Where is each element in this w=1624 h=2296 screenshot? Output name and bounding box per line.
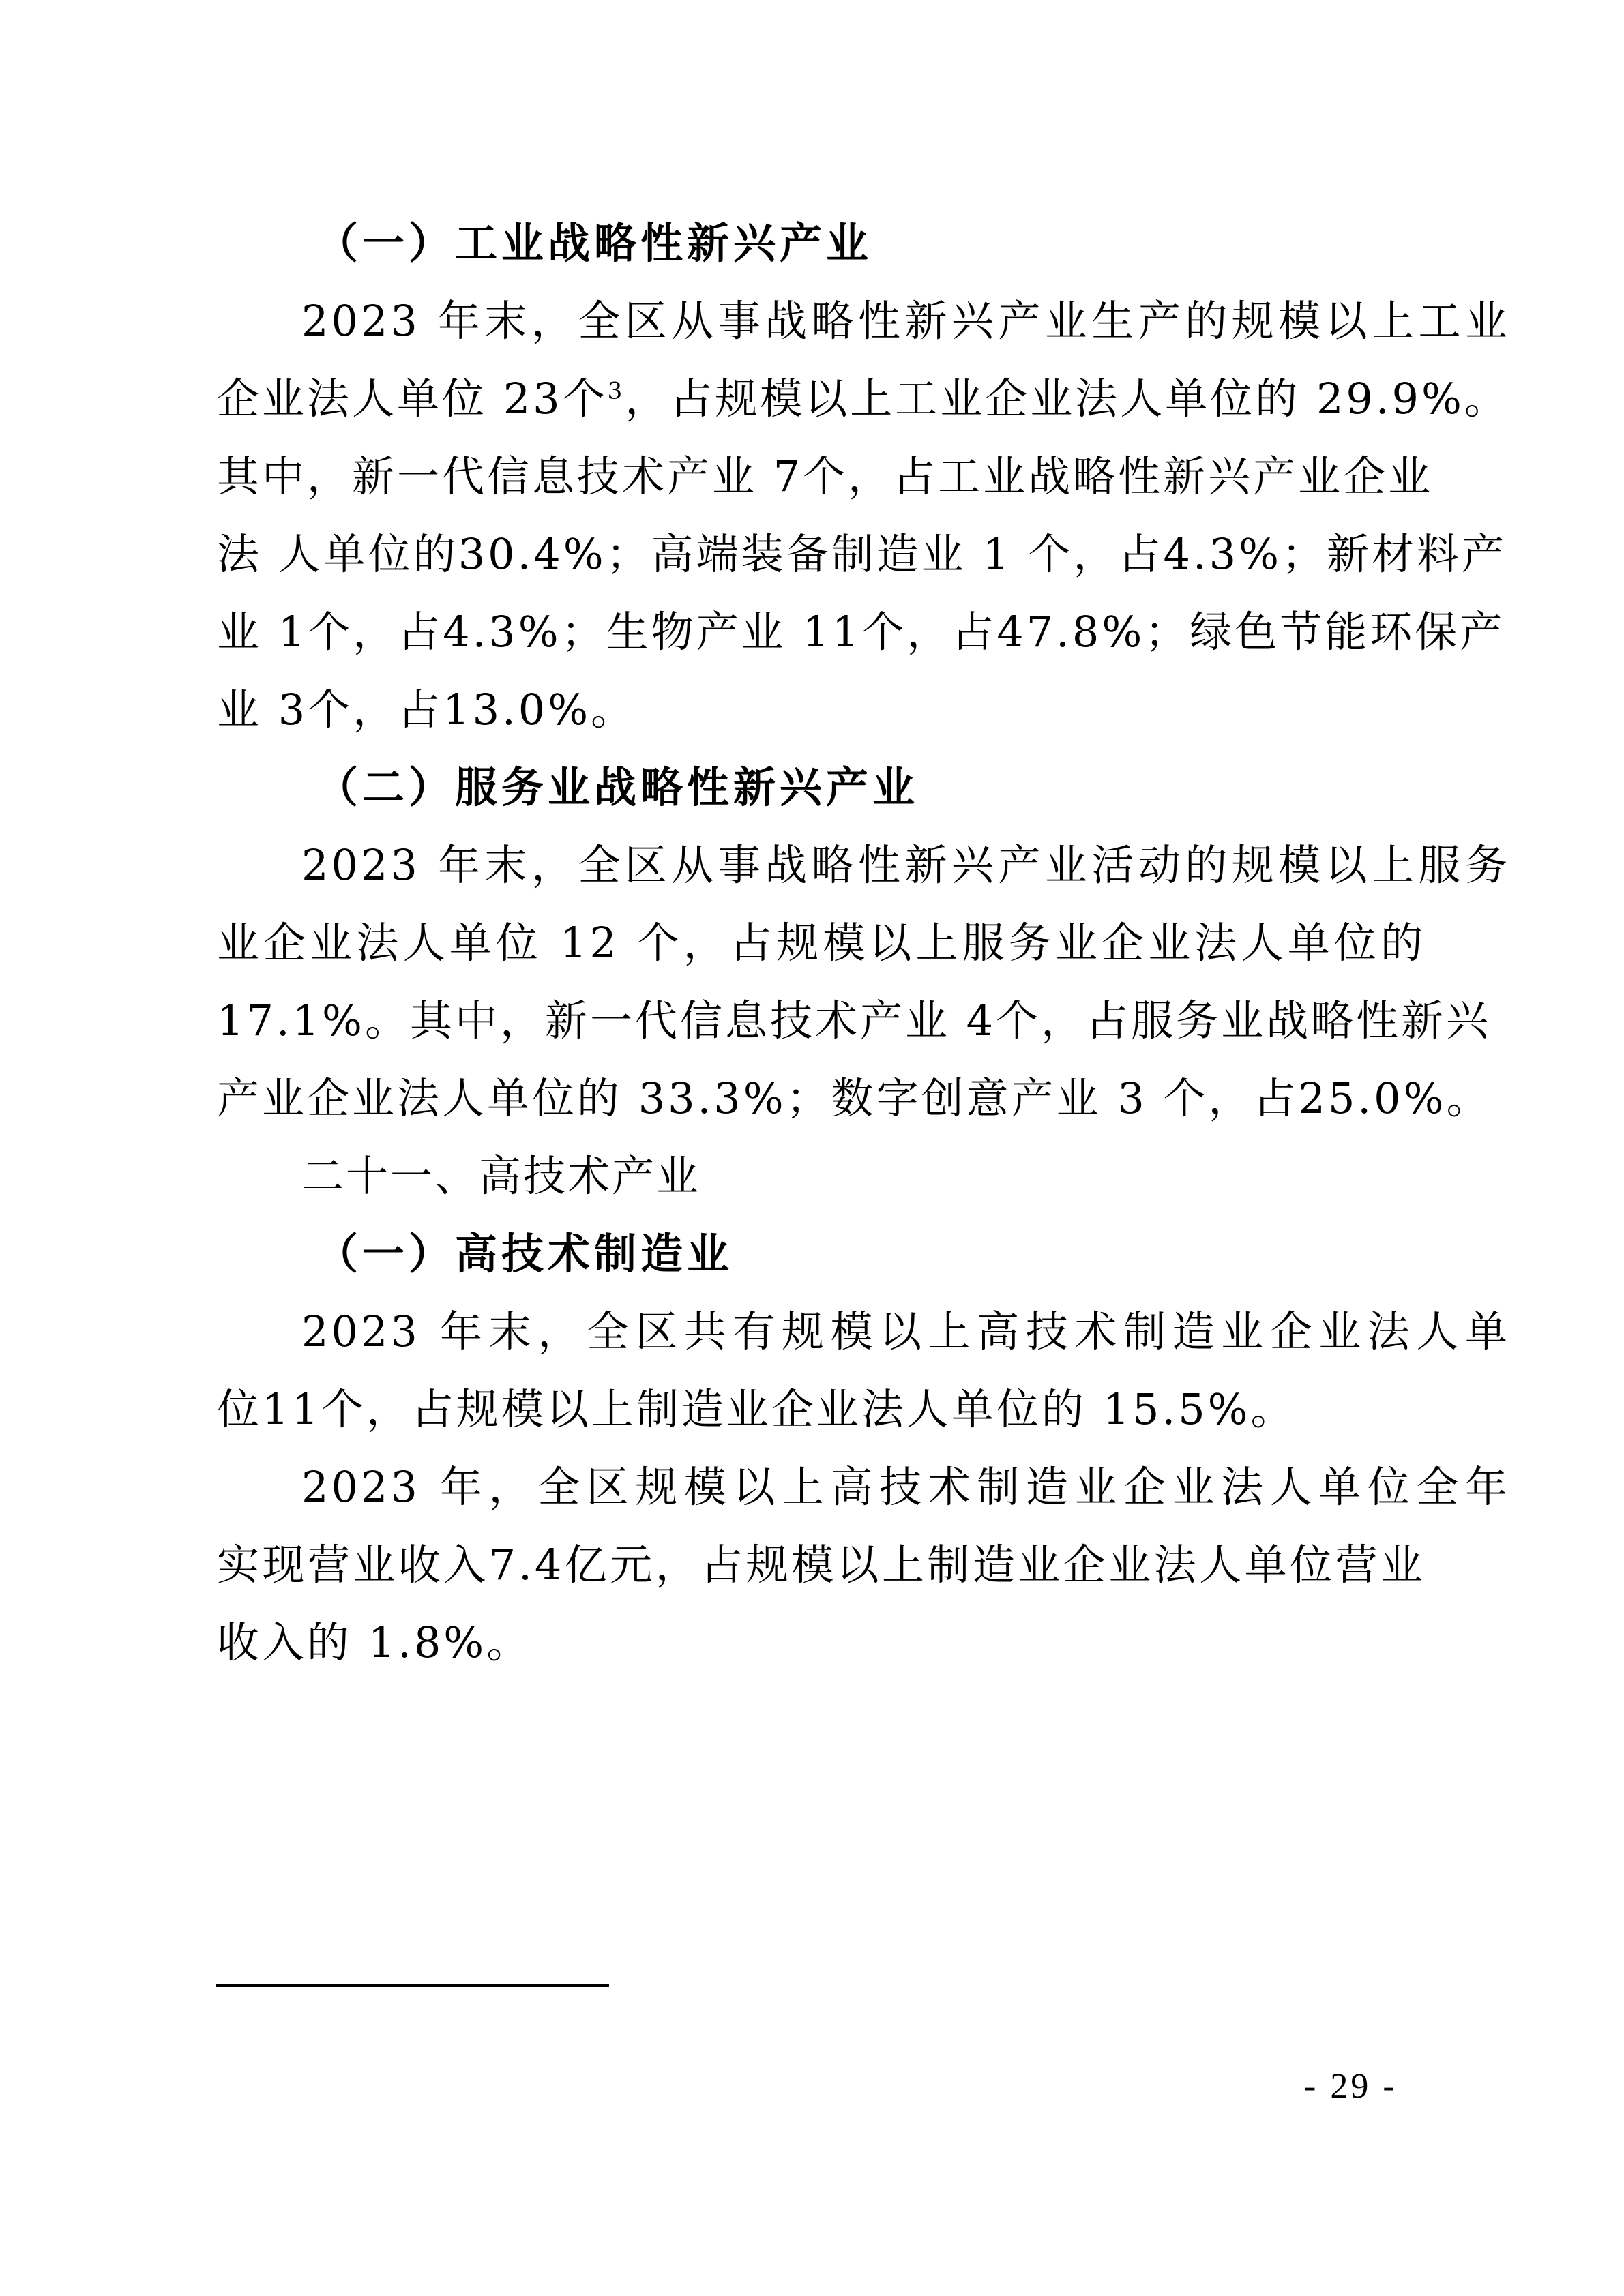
paragraph-line: 业 3个，占13.0%。 <box>217 671 1426 749</box>
page-content: （一）工业战略性新兴产业 2023 年末，全区从事战略性新兴产业生产的规模以上工… <box>217 205 1426 1682</box>
page-number: - 29 - <box>1304 2066 1398 2107</box>
text-fragment: ，占规模以上工业企业法人单位的 29.9%。 <box>625 374 1509 423</box>
paragraph-line: 产业企业法人单位的 33.3%；数字创意产业 3 个，占25.0%。 <box>217 1060 1426 1137</box>
section-heading-service-strategic: （二）服务业战略性新兴产业 <box>217 749 1426 826</box>
paragraph-line: 2023 年末，全区从事战略性新兴产业生产的规模以上工业 <box>217 282 1510 360</box>
paragraph-line: 业 1个，占4.3%；生物产业 11个，占47.8%；绿色节能环保产 <box>217 593 1426 671</box>
paragraph-line: 其中，新一代信息技术产业 7个，占工业战略性新兴产业企业 <box>217 438 1426 516</box>
paragraph-line: 2023 年末，全区从事战略性新兴产业活动的规模以上服务 <box>217 826 1510 904</box>
text-fragment: 企业法人单位 23个 <box>217 374 608 423</box>
chapter-heading-high-tech: 二十一、高技术产业 <box>217 1137 1426 1215</box>
footnote-reference[interactable]: 3 <box>608 377 625 404</box>
paragraph-line: 企业法人单位 23个3，占规模以上工业企业法人单位的 29.9%。 <box>217 360 1426 438</box>
footnote-divider <box>216 1984 609 1987</box>
section-heading-industrial-strategic: （一）工业战略性新兴产业 <box>217 205 1426 282</box>
paragraph-line: 2023 年末，全区共有规模以上高技术制造业企业法人单 <box>217 1293 1510 1371</box>
paragraph-line: 法 人单位的30.4%；高端装备制造业 1 个，占4.3%；新材料产 <box>217 516 1426 593</box>
paragraph-line: 2023 年，全区规模以上高技术制造业企业法人单位全年 <box>217 1448 1510 1526</box>
paragraph-line: 收入的 1.8%。 <box>217 1604 1426 1682</box>
section-heading-high-tech-manufacturing: （一）高技术制造业 <box>217 1215 1426 1293</box>
document-page: （一）工业战略性新兴产业 2023 年末，全区从事战略性新兴产业生产的规模以上工… <box>0 0 1624 2296</box>
paragraph-line: 位11个，占规模以上制造业企业法人单位的 15.5%。 <box>217 1371 1426 1448</box>
paragraph-line: 业企业法人单位 12 个，占规模以上服务业企业法人单位的 <box>217 904 1426 982</box>
paragraph-line: 17.1%。其中，新一代信息技术产业 4个，占服务业战略性新兴 <box>217 982 1426 1060</box>
paragraph-line: 实现营业收入7.4亿元，占规模以上制造业企业法人单位营业 <box>217 1526 1426 1604</box>
